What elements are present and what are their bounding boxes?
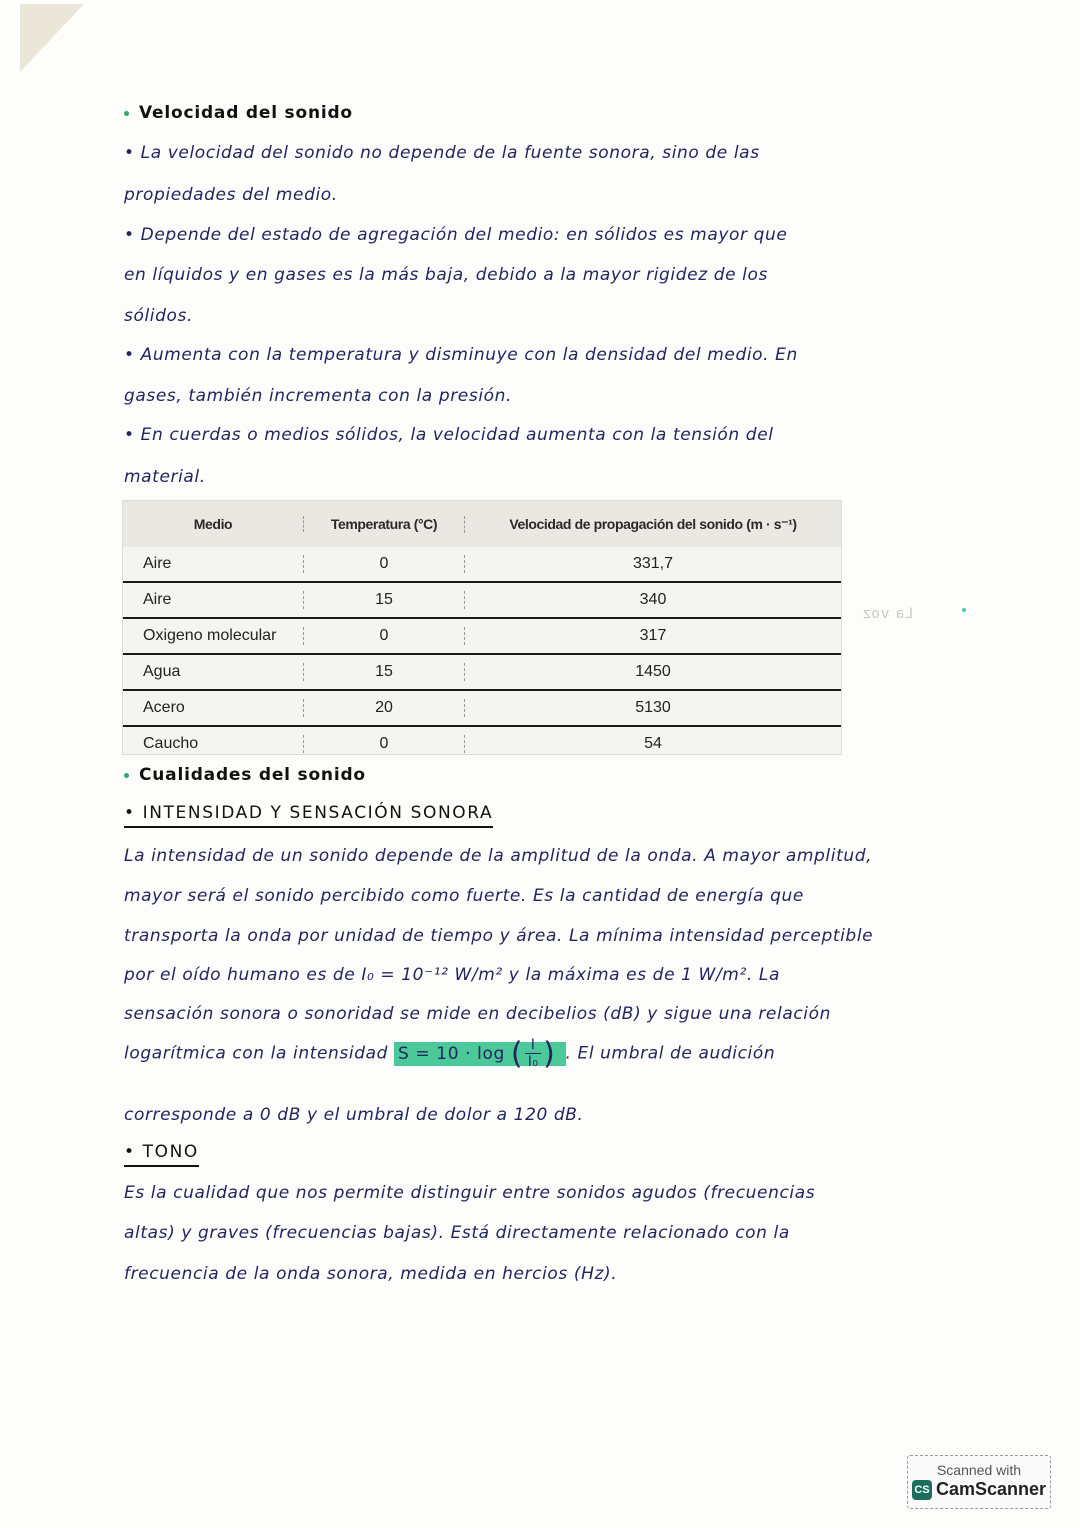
text-line: altas) y graves (frecuencias bajas). Est… [124, 1223, 790, 1243]
table-row: Acero205130 [123, 689, 841, 725]
bleed-through-dot [962, 608, 966, 612]
table-row: Aire15340 [123, 581, 841, 617]
fraction: II₀ [525, 1037, 541, 1070]
table-cell: 15 [303, 663, 464, 681]
table-cell: 15 [303, 591, 464, 609]
text-line: transporta la onda por unidad de tiempo … [124, 926, 873, 946]
table-cell: Agua [123, 663, 303, 681]
text-line: gases, también incrementa con la presión… [124, 386, 512, 406]
text-line: mayor será el sonido percibido como fuer… [124, 886, 804, 906]
camscanner-brand: CamScanner [936, 1479, 1046, 1500]
camscanner-watermark: Scanned with CS CamScanner [907, 1455, 1051, 1509]
table-cell: 0 [303, 735, 464, 753]
table-cell: Aire [123, 555, 303, 573]
sound-speed-table: Medio Temperatura (°C) Velocidad de prop… [122, 500, 842, 755]
bullet-icon [124, 773, 129, 778]
bleed-through-text: La voz [862, 606, 913, 622]
table-cell: 1450 [464, 663, 841, 681]
table-cell: 331,7 [464, 555, 841, 573]
text-line: sólidos. [124, 306, 193, 326]
table-row: Aire0331,7 [123, 547, 841, 581]
table-cell: 54 [464, 735, 841, 753]
table-body: Aire0331,7Aire15340Oxigeno molecular0317… [123, 547, 841, 761]
header-medio: Medio [123, 516, 303, 532]
text-line: • Aumenta con la temperatura y disminuye… [124, 345, 798, 365]
text-line: La intensidad de un sonido depende de la… [124, 846, 872, 866]
text-line: por el oído humano es de I₀ = 10⁻¹² W/m²… [124, 965, 780, 985]
table-row: Oxigeno molecular0317 [123, 617, 841, 653]
text-line: sensación sonora o sonoridad se mide en … [124, 1004, 831, 1024]
formula-line: logarítmica con la intensidad S = 10 · l… [124, 1036, 775, 1071]
text-line: • En cuerdas o medios sólidos, la veloci… [124, 425, 774, 445]
table-cell: 5130 [464, 699, 841, 717]
camscanner-logo-icon: CS [912, 1480, 932, 1500]
highlighted-formula: S = 10 · log (II₀) [394, 1042, 565, 1066]
table-cell: 317 [464, 627, 841, 645]
page-fold-shadow [20, 4, 84, 72]
table-cell: 20 [303, 699, 464, 717]
text-line: Es la cualidad que nos permite distingui… [124, 1183, 815, 1203]
subtitle-intensidad: • INTENSIDAD Y SENSACIÓN SONORA [124, 803, 493, 823]
header-velocidad: Velocidad de propagación del sonido (m ·… [464, 516, 841, 533]
text-line: • La velocidad del sonido no depende de … [124, 143, 760, 163]
text-line: • Depende del estado de agregación del m… [124, 225, 787, 245]
subtitle-tono: • TONO [124, 1142, 199, 1162]
table-header: Medio Temperatura (°C) Velocidad de prop… [123, 501, 841, 547]
table-cell: Acero [123, 699, 303, 717]
text-line: corresponde a 0 dB y el umbral de dolor … [124, 1105, 584, 1125]
table-row: Caucho054 [123, 725, 841, 761]
table-cell: Aire [123, 591, 303, 609]
table-cell: Oxigeno molecular [123, 627, 303, 645]
table-row: Agua151450 [123, 653, 841, 689]
header-temperatura: Temperatura (°C) [303, 516, 464, 532]
text-line: material. [124, 467, 206, 487]
bullet-icon [124, 111, 129, 116]
section-title-velocidad: Velocidad del sonido [124, 103, 353, 123]
text-line: propiedades del medio. [124, 185, 338, 205]
table-cell: 340 [464, 591, 841, 609]
table-cell: 0 [303, 555, 464, 573]
section-title-cualidades: Cualidades del sonido [124, 765, 366, 785]
table-cell: Caucho [123, 735, 303, 753]
text-line: frecuencia de la onda sonora, medida en … [124, 1264, 617, 1284]
text-line: en líquidos y en gases es la más baja, d… [124, 265, 768, 285]
table-cell: 0 [303, 627, 464, 645]
